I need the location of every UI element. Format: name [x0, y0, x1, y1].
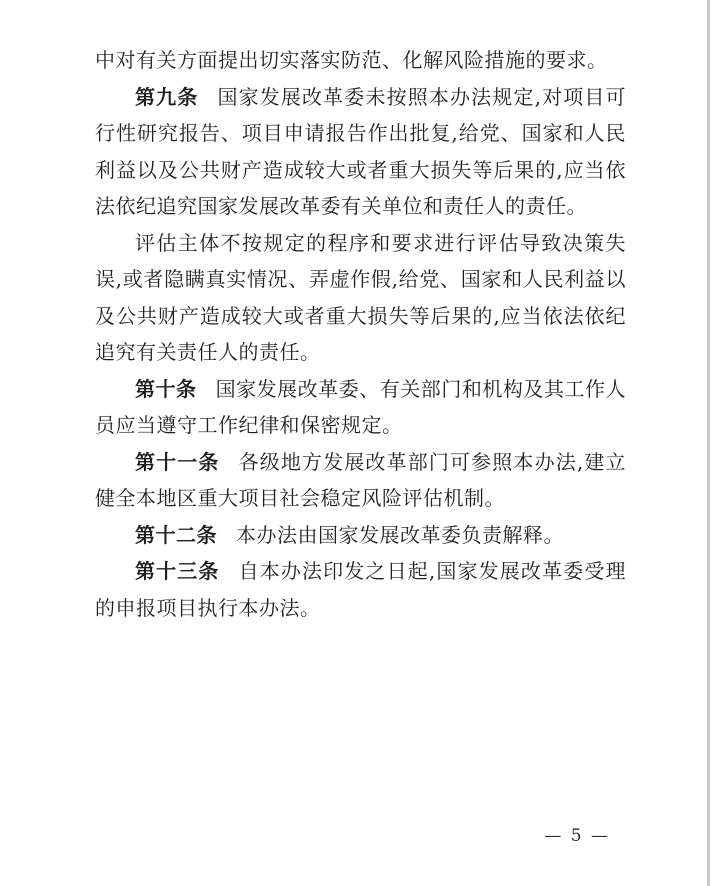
scan-edge-line: [707, 0, 710, 886]
page-number: — 5 —: [544, 826, 610, 846]
paragraph-article-9-clause-2: 评估主体不按规定的程序和要求进行评估导致决策失误,或者隐瞒真实情况、弄虚作假,给…: [95, 225, 626, 371]
scanned-document-page: 中对有关方面提出切实落实防范、化解风险措施的要求。 第九条国家发展改革委未按照本…: [0, 0, 712, 886]
paragraph-text: 本办法由国家发展改革委负责解释。: [236, 523, 564, 547]
article-number: 第十条: [135, 377, 197, 401]
paragraph-article-9: 第九条国家发展改革委未按照本办法规定,对项目可行性研究报告、项目申请报告作出批复…: [95, 79, 626, 225]
article-number: 第九条: [135, 85, 198, 109]
article-number: 第十一条: [135, 450, 220, 474]
paragraph-article-13: 第十三条自本办法印发之日起,国家发展改革委受理的申报项目执行本办法。: [95, 553, 626, 626]
paragraph-article-12: 第十二条本办法由国家发展改革委负责解释。: [95, 517, 626, 554]
paragraph-article-11: 第十一条各级地方发展改革部门可参照本办法,建立健全本地区重大项目社会稳定风险评估…: [95, 444, 626, 517]
paragraph-article-10: 第十条国家发展改革委、有关部门和机构及其工作人员应当遵守工作纪律和保密规定。: [95, 371, 626, 444]
document-body: 中对有关方面提出切实落实防范、化解风险措施的要求。 第九条国家发展改革委未按照本…: [95, 42, 626, 626]
paragraph-continuation: 中对有关方面提出切实落实防范、化解风险措施的要求。: [95, 42, 626, 79]
paragraph-text: 中对有关方面提出切实落实防范、化解风险措施的要求。: [95, 48, 608, 72]
article-number: 第十二条: [135, 523, 217, 547]
article-number: 第十三条: [135, 559, 220, 583]
paragraph-text: 评估主体不按规定的程序和要求进行评估导致决策失误,或者隐瞒真实情况、弄虚作假,给…: [95, 231, 626, 365]
